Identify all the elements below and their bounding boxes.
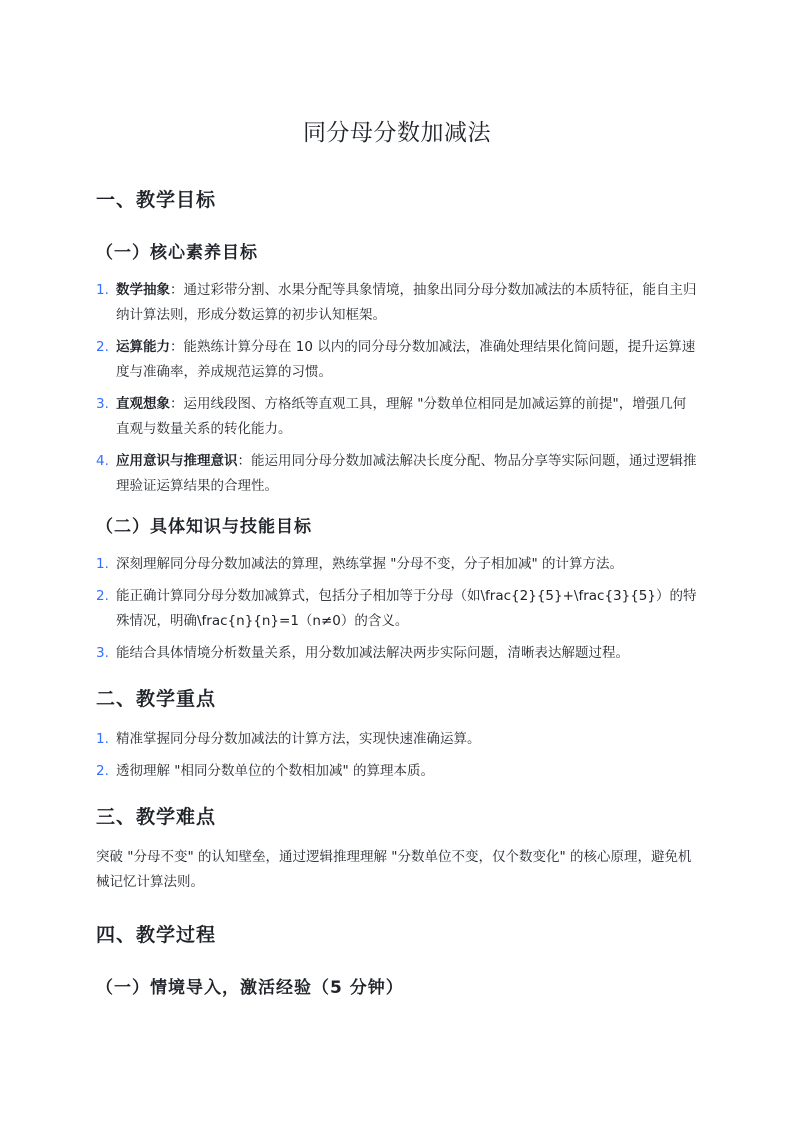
list-item-text: 精准掌握同分母分数加减法的计算方法，实现快速准确运算。 <box>116 731 481 747</box>
list-number: 1. <box>96 552 109 577</box>
list-number: 1. <box>96 727 109 752</box>
section-heading-key-points: 二、教学重点 <box>96 685 698 713</box>
list-item-text: ：运用线段图、方格纸等直观工具，理解 "分数单位相同是加减运算的前提"，增强几何… <box>116 396 686 437</box>
list-number: 2. <box>96 335 109 360</box>
list-number: 1. <box>96 278 109 303</box>
section-heading-difficulties: 三、教学难点 <box>96 803 698 831</box>
list-item-text: 透彻理解 "相同分数单位的个数相加减" 的算理本质。 <box>116 763 434 779</box>
document-page: 同分母分数加减法 一、教学目标 （一）核心素养目标 1.数学抽象：通过彩带分割、… <box>0 0 794 1123</box>
list-item-term: 直观想象 <box>116 396 170 412</box>
list-item-text: 能结合具体情境分析数量关系，用分数加减法解决两步实际问题，清晰表达解题过程。 <box>116 645 629 661</box>
knowledge-skills-list: 1.深刻理解同分母分数加减法的算理，熟练掌握 "分母不变，分子相加减" 的计算方… <box>96 552 698 666</box>
subsection-heading-knowledge-skills: （二）具体知识与技能目标 <box>96 514 698 540</box>
difficulties-paragraph: 突破 "分母不变" 的认知壁垒，通过逻辑推理理解 "分数单位不变，仅个数变化" … <box>96 845 698 895</box>
core-literacy-list: 1.数学抽象：通过彩带分割、水果分配等具象情境，抽象出同分母分数加减法的本质特征… <box>96 278 698 499</box>
list-item-term: 运算能力 <box>116 339 170 355</box>
list-item: 4.应用意识与推理意识：能运用同分母分数加减法解决长度分配、物品分享等实际问题，… <box>96 449 698 499</box>
section-heading-teaching-process: 四、教学过程 <box>96 921 698 949</box>
subsection-heading-core-literacy: （一）核心素养目标 <box>96 240 698 266</box>
list-item: 3.能结合具体情境分析数量关系，用分数加减法解决两步实际问题，清晰表达解题过程。 <box>96 641 698 666</box>
list-item: 3.直观想象：运用线段图、方格纸等直观工具，理解 "分数单位相同是加减运算的前提… <box>96 392 698 442</box>
list-item-text: 能正确计算同分母分数加减算式，包括分子相加等于分母（如\frac{2}{5}+\… <box>116 588 696 629</box>
list-item-term: 应用意识与推理意识 <box>116 453 238 469</box>
subsection-heading-situation-intro: （一）情境导入，激活经验（5 分钟） <box>96 975 698 1001</box>
key-points-list: 1.精准掌握同分母分数加减法的计算方法，实现快速准确运算。 2.透彻理解 "相同… <box>96 727 698 784</box>
list-item-text: ：能熟练计算分母在 10 以内的同分母分数加减法，准确处理结果化简问题，提升运算… <box>116 339 695 380</box>
list-item-text: ：通过彩带分割、水果分配等具象情境，抽象出同分母分数加减法的本质特征，能自主归纳… <box>116 282 697 323</box>
list-item-text: 深刻理解同分母分数加减法的算理，熟练掌握 "分母不变，分子相加减" 的计算方法。 <box>116 556 623 572</box>
list-number: 2. <box>96 759 109 784</box>
document-title: 同分母分数加减法 <box>96 116 698 150</box>
list-item: 1.精准掌握同分母分数加减法的计算方法，实现快速准确运算。 <box>96 727 698 752</box>
list-number: 3. <box>96 392 109 417</box>
list-item: 2.能正确计算同分母分数加减算式，包括分子相加等于分母（如\frac{2}{5}… <box>96 584 698 634</box>
list-item: 2.运算能力：能熟练计算分母在 10 以内的同分母分数加减法，准确处理结果化简问… <box>96 335 698 385</box>
list-number: 2. <box>96 584 109 609</box>
section-heading-teaching-goals: 一、教学目标 <box>96 186 698 214</box>
list-item: 1.深刻理解同分母分数加减法的算理，熟练掌握 "分母不变，分子相加减" 的计算方… <box>96 552 698 577</box>
list-item: 2.透彻理解 "相同分数单位的个数相加减" 的算理本质。 <box>96 759 698 784</box>
list-item-term: 数学抽象 <box>116 282 170 298</box>
list-number: 4. <box>96 449 109 474</box>
list-number: 3. <box>96 641 109 666</box>
list-item: 1.数学抽象：通过彩带分割、水果分配等具象情境，抽象出同分母分数加减法的本质特征… <box>96 278 698 328</box>
